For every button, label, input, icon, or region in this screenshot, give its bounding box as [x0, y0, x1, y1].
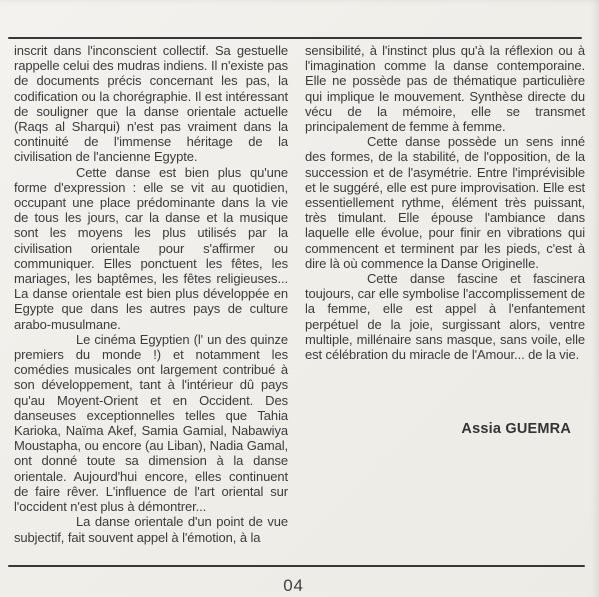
author-signature: Assia GUEMRA	[461, 421, 571, 437]
right-paragraph-1: sensibilité, à l'instinct plus qu'à la r…	[305, 43, 585, 134]
right-paragraph-2: Cette danse possède un sens inné des for…	[305, 134, 585, 271]
left-paragraph-3: Le cinéma Egyptien (l' un des quinze pre…	[14, 332, 288, 514]
right-column: sensibilité, à l'instinct plus qu'à la r…	[305, 43, 585, 362]
scanned-booklet-page: inscrit dans l'inconscient collectif. Sa…	[0, 0, 599, 597]
top-rule	[8, 37, 582, 39]
right-paragraph-3: Cette danse fascine et fascinera toujour…	[305, 271, 585, 362]
bottom-rule	[8, 565, 585, 567]
left-paragraph-1: inscrit dans l'inconscient collectif. Sa…	[14, 43, 288, 165]
left-column: inscrit dans l'inconscient collectif. Sa…	[14, 43, 288, 545]
page-number: 04	[0, 576, 587, 596]
left-paragraph-2: Cette danse est bien plus qu'une forme d…	[14, 165, 288, 332]
left-paragraph-4: La danse orientale d'un point de vue sub…	[14, 514, 288, 544]
